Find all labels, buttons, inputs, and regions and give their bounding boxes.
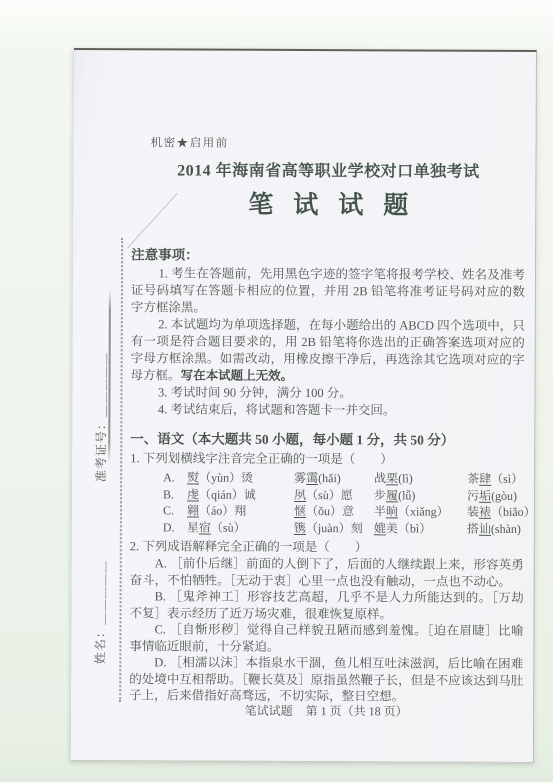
- option-label: B.: [163, 486, 187, 503]
- option-word: 搭讪(shàn): [467, 520, 524, 537]
- word-text: 星: [187, 520, 199, 534]
- question-2-options: A. ［前仆后继］前面的人倒下了，后面的人继续跟上来，形容英勇奋斗，不怕牺牲。［…: [129, 555, 524, 705]
- underlined-character: 翱: [187, 503, 199, 517]
- question-1-option-row: C.翱（áo）翔惬（ǒu）意半晌（xiǎng）装裱（biǎo）: [163, 502, 524, 520]
- option-word: 战栗(lì): [374, 470, 467, 487]
- word-text: (shàn): [491, 521, 521, 535]
- name-label: 姓名：＿＿＿＿＿: [93, 560, 107, 664]
- word-text: 雾: [294, 471, 306, 485]
- exam-title: 2014 年海南省高等职业学校对口单独考试: [131, 159, 525, 184]
- question-1-stem: 1. 下列划横线字注音完全正确的一项是（ ）: [130, 450, 524, 469]
- word-text: (hǎi): [318, 471, 341, 485]
- question-2-option: C. ［自惭形秽］觉得自己样貌丑陋而感到羞愧。［迫在眉睫］比喻事情临近眼前，十分…: [129, 621, 523, 656]
- word-text: 美（bì）: [386, 521, 431, 535]
- option-label: D.: [163, 519, 187, 536]
- underlined-character: 肆: [479, 472, 491, 486]
- underlined-character: 霭: [306, 471, 318, 485]
- section-1-heading: 一、语文（本大题共 50 小题，每小题 1 分，共 50 分）: [130, 430, 524, 449]
- option-word: 翱（áo）翔: [187, 502, 294, 519]
- word-text: (lǚ): [398, 488, 415, 502]
- option-label: C.: [163, 502, 187, 519]
- word-text: 搭: [467, 521, 479, 535]
- option-word: 星宿（sù）: [187, 519, 294, 536]
- option-word: 茶肆（sì）: [467, 471, 524, 488]
- question-1-option-row: A.熨（yùn）烫雾霭(hǎi)战栗(lì)茶肆（sì）: [163, 469, 524, 487]
- underlined-character: 宿: [199, 520, 211, 534]
- underlined-character: 讪: [479, 521, 491, 535]
- word-text: （sì）: [491, 472, 523, 486]
- footer-doc-label: 笔试试题: [245, 704, 293, 718]
- option-word: 污垢(gòu): [467, 487, 524, 504]
- notice-heading: 注意事项：: [131, 246, 525, 265]
- option-word: 半晌（xiǎng）: [374, 503, 467, 520]
- word-text: （juàn）刻: [306, 521, 363, 535]
- word-text: (lì): [398, 471, 413, 485]
- underlined-character: 熨: [187, 470, 199, 484]
- option-word: 虔（qián）诚: [187, 486, 294, 503]
- page-footer: 笔试试题第 1 页（共 18 页）: [129, 701, 523, 720]
- question-1-option-row: B.虔（qián）诚夙（sù）愿步履(lǚ)污垢(gòu): [163, 486, 524, 504]
- question-2-option: A. ［前仆后继］前面的人倒下了，后面的人继续跟上来，形容英勇奋斗，不怕牺牲。［…: [130, 555, 524, 590]
- underlined-character: 媲: [374, 521, 386, 535]
- page-content: 机密★启用前 2014 年海南省高等职业学校对口单独考试 笔试试题 注意事项： …: [129, 50, 526, 705]
- word-text: 污: [467, 488, 479, 502]
- word-text: （ǒu）意: [306, 504, 354, 518]
- word-text: (gòu): [491, 488, 517, 502]
- seal-dotted-line: [119, 238, 123, 702]
- option-word: 镌（juàn）刻: [294, 519, 374, 536]
- option-word: 惬（ǒu）意: [294, 503, 374, 520]
- exam-number-seal-label: 准考证号：＿＿＿＿＿: [92, 352, 110, 482]
- question-2-stem: 2. 下列成语解释完全正确的一项是（ ）: [130, 538, 524, 557]
- word-text: 战: [374, 471, 386, 485]
- underlined-character: 裱: [479, 505, 491, 519]
- notice-item: 4. 考试结束后，将试题和答题卡一并交回。: [130, 401, 524, 420]
- underlined-character: 晌: [386, 504, 398, 518]
- option-word: 媲美（bì）: [374, 520, 467, 537]
- classification-marking: 机密★启用前: [151, 134, 526, 152]
- notice-item: 1. 考生在答题前，先用黑色字迹的签字笔将报考学校、姓名及准考证号码填写在答题卡…: [131, 265, 525, 318]
- word-text: （qián）诚: [199, 487, 256, 501]
- notice-item: 2. 本试题均为单项选择题，在每小题给出的 ABCD 四个选项中，只有一项是符合…: [131, 316, 525, 386]
- word-text: 装: [467, 505, 479, 519]
- footer-page-number: 第 1 页（共 18 页）: [306, 704, 408, 718]
- question-1-option-row: D.星宿（sù）镌（juàn）刻媲美（bì）搭讪(shàn): [163, 519, 524, 537]
- underlined-character: 夙: [294, 487, 306, 501]
- underlined-character: 履: [386, 488, 398, 502]
- paper-type-title: 笔试试题: [131, 189, 525, 223]
- underlined-character: 惬: [294, 504, 306, 518]
- word-text: （sù）: [211, 520, 246, 534]
- option-word: 熨（yùn）烫: [187, 469, 294, 486]
- question-2-option: B. ［鬼斧神工］形容技艺高超，几乎不是人力所能达到的。［万劫不复］表示经历了近…: [130, 588, 524, 623]
- underlined-character: 镌: [294, 520, 306, 534]
- option-word: 夙（sù）愿: [294, 486, 374, 503]
- notice-item: 3. 考试时间 90 分钟，满分 100 分。: [130, 384, 524, 403]
- word-text: （xiǎng）: [398, 504, 449, 518]
- option-word: 装裱（biǎo）: [467, 504, 536, 521]
- word-text: 半: [374, 504, 386, 518]
- underlined-character: 垢: [479, 488, 491, 502]
- option-word: 雾霭(hǎi): [294, 470, 374, 487]
- word-text: （áo）翔: [199, 504, 246, 518]
- name-seal-label: 姓名：＿＿＿＿＿: [91, 560, 108, 664]
- word-text: 茶: [467, 472, 479, 486]
- question-1-options: A.熨（yùn）烫雾霭(hǎi)战栗(lì)茶肆（sì）B.虔（qián）诚夙（…: [130, 469, 524, 537]
- option-label: A.: [163, 469, 187, 486]
- notice-list: 1. 考生在答题前，先用黑色字迹的签字笔将报考学校、姓名及准考证号码填写在答题卡…: [130, 265, 525, 420]
- word-text: （biǎo）: [491, 505, 536, 519]
- underlined-character: 栗: [386, 471, 398, 485]
- word-text: 步: [374, 488, 386, 502]
- exam-paper-page: 准考证号：＿＿＿＿＿ 姓名：＿＿＿＿＿ 机密★启用前 2014 年海南省高等职业…: [71, 48, 537, 763]
- word-text: （yùn）烫: [199, 471, 253, 485]
- option-word: 步履(lǚ): [374, 487, 467, 504]
- exam-number-label: 准考证号：＿＿＿＿＿: [94, 352, 109, 482]
- underlined-character: 虔: [187, 487, 199, 501]
- question-2-option: D. ［相濡以沫］本指泉水干涸，鱼儿相互吐沫滋润，后比喻在困难的处境中互相帮助。…: [129, 654, 523, 705]
- word-text: （sù）愿: [306, 488, 353, 502]
